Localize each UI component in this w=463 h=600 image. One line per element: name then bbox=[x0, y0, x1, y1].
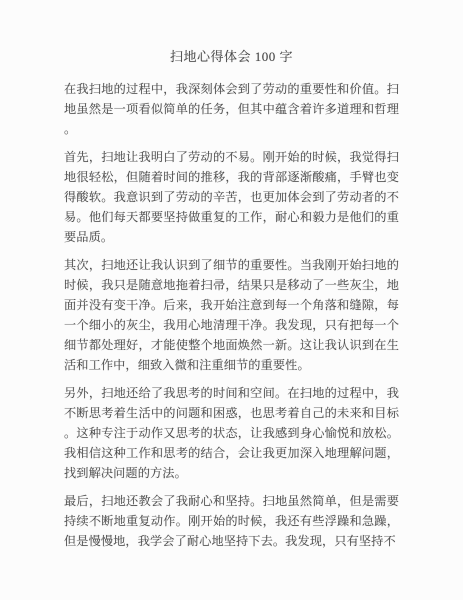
paragraph-first-point: 首先，扫地让我明白了劳动的不易。刚开始的时候，我觉得扫地很轻松，但随着时间的推移… bbox=[64, 147, 399, 247]
document-title: 扫地心得体会 100 字 bbox=[64, 47, 399, 67]
paragraph-intro: 在我扫地的过程中，我深刻体会到了劳动的重要性和价值。扫地虽然是一项看似简单的任务… bbox=[64, 79, 399, 139]
document-page: 扫地心得体会 100 字 在我扫地的过程中，我深刻体会到了劳动的重要性和价值。扫… bbox=[0, 0, 463, 600]
document-body: 在我扫地的过程中，我深刻体会到了劳动的重要性和价值。扫地虽然是一项看似简单的任务… bbox=[64, 79, 399, 551]
paragraph-second-point: 其次，扫地还让我认识到了细节的重要性。当我刚开始扫地的时候，我只是随意地拖着扫帚… bbox=[64, 255, 399, 375]
paragraph-third-point: 另外，扫地还给了我思考的时间和空间。在扫地的过程中，我不断思考着生活中的问题和困… bbox=[64, 383, 399, 483]
paragraph-final-point: 最后，扫地还教会了我耐心和坚持。扫地虽然简单，但是需要持续不断地重复动作。刚开始… bbox=[64, 491, 399, 551]
